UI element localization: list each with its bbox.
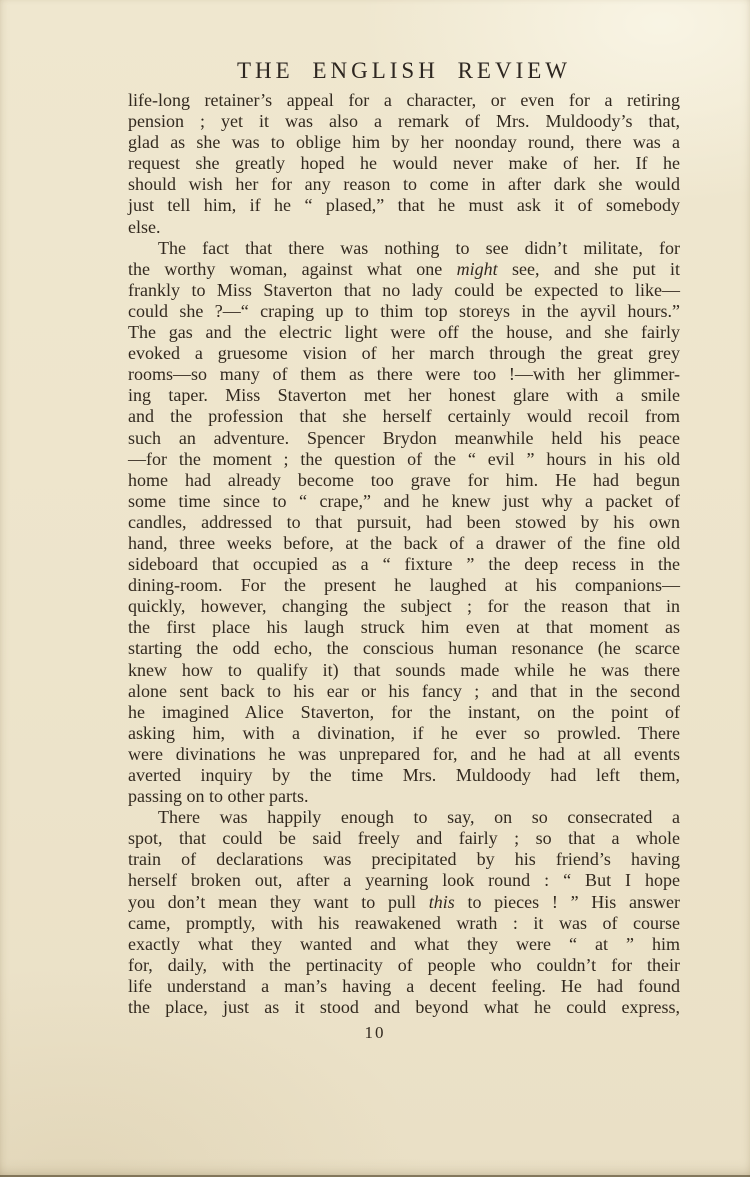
text-line: exactly what they wanted and what they w… <box>128 934 680 955</box>
text-line: passing on to other parts. <box>128 786 680 807</box>
text-line: The fact that there was nothing to see d… <box>128 238 680 259</box>
text-line: were divinations he was unprepared for, … <box>128 744 680 765</box>
text-line: starting the odd echo, the conscious hum… <box>128 638 680 659</box>
text-line: for, daily, with the pertinacity of peop… <box>128 955 680 976</box>
text-line: asking him, with a divination, if he eve… <box>128 723 680 744</box>
text-line: rooms—so many of them as there were too … <box>128 364 680 385</box>
text-line: you don’t mean they want to pull this to… <box>128 892 680 913</box>
text-line: glad as she was to oblige him by her noo… <box>128 132 680 153</box>
text-line: —for the moment ; the question of the “ … <box>128 449 680 470</box>
text-line: pension ; yet it was also a remark of Mr… <box>128 111 680 132</box>
italic-text: might <box>457 259 498 279</box>
text-segment: you don’t mean they want to pull <box>128 892 429 912</box>
italic-text: this <box>429 892 455 912</box>
text-segment: to pieces ! ” His answer <box>455 892 680 912</box>
text-line: the place, just as it stood and beyond w… <box>128 997 680 1018</box>
text-line: train of declarations was precipitated b… <box>128 849 680 870</box>
text-line: should wish her for any reason to come i… <box>128 174 680 195</box>
text-line: life-long retainer’s appeal for a charac… <box>128 90 680 111</box>
text-line: candles, addressed to that pursuit, had … <box>128 512 680 533</box>
text-line: hand, three weeks before, at the back of… <box>128 533 680 554</box>
scanned-book-page: THE ENGLISH REVIEW life-long retainer’s … <box>0 0 750 1177</box>
text-segment: the worthy woman, against what one <box>128 259 457 279</box>
text-segment: see, and she put it <box>498 259 680 279</box>
text-line: alone sent back to his ear or his fancy … <box>128 681 680 702</box>
text-line: evoked a gruesome vision of her march th… <box>128 343 680 364</box>
text-line: quickly, however, changing the subject ;… <box>128 596 680 617</box>
page-number: 10 <box>0 1023 750 1043</box>
text-line: dining-room. For the present he laughed … <box>128 575 680 596</box>
text-line: came, promptly, with his reawakened wrat… <box>128 913 680 934</box>
text-line: request she greatly hoped he would never… <box>128 153 680 174</box>
text-line: herself broken out, after a yearning loo… <box>128 870 680 891</box>
text-line: knew how to qualify it) that sounds made… <box>128 660 680 681</box>
text-line: and the profession that she herself cert… <box>128 406 680 427</box>
text-line: There was happily enough to say, on so c… <box>128 807 680 828</box>
text-line: the worthy woman, against what one might… <box>128 259 680 280</box>
running-head-title: THE ENGLISH REVIEW <box>128 58 680 84</box>
text-line: frankly to Miss Staverton that no lady c… <box>128 280 680 301</box>
text-line: ing taper. Miss Staverton met her honest… <box>128 385 680 406</box>
text-line: some time since to “ crape,” and he knew… <box>128 491 680 512</box>
text-line: spot, that could be said freely and fair… <box>128 828 680 849</box>
text-line: he imagined Alice Staverton, for the ins… <box>128 702 680 723</box>
text-line: averted inquiry by the time Mrs. Muldood… <box>128 765 680 786</box>
text-line: else. <box>128 217 680 238</box>
text-line: life understand a man’s having a decent … <box>128 976 680 997</box>
text-line: such an adventure. Spencer Brydon meanwh… <box>128 428 680 449</box>
text-line: just tell him, if he “ plased,” that he … <box>128 195 680 216</box>
text-line: sideboard that occupied as a “ fixture ”… <box>128 554 680 575</box>
body-text-block: life-long retainer’s appeal for a charac… <box>128 90 680 1018</box>
text-line: could she ?—“ craping up to thim top sto… <box>128 301 680 322</box>
text-line: home had already become too grave for hi… <box>128 470 680 491</box>
text-line: the first place his laugh struck him eve… <box>128 617 680 638</box>
text-line: The gas and the electric light were off … <box>128 322 680 343</box>
